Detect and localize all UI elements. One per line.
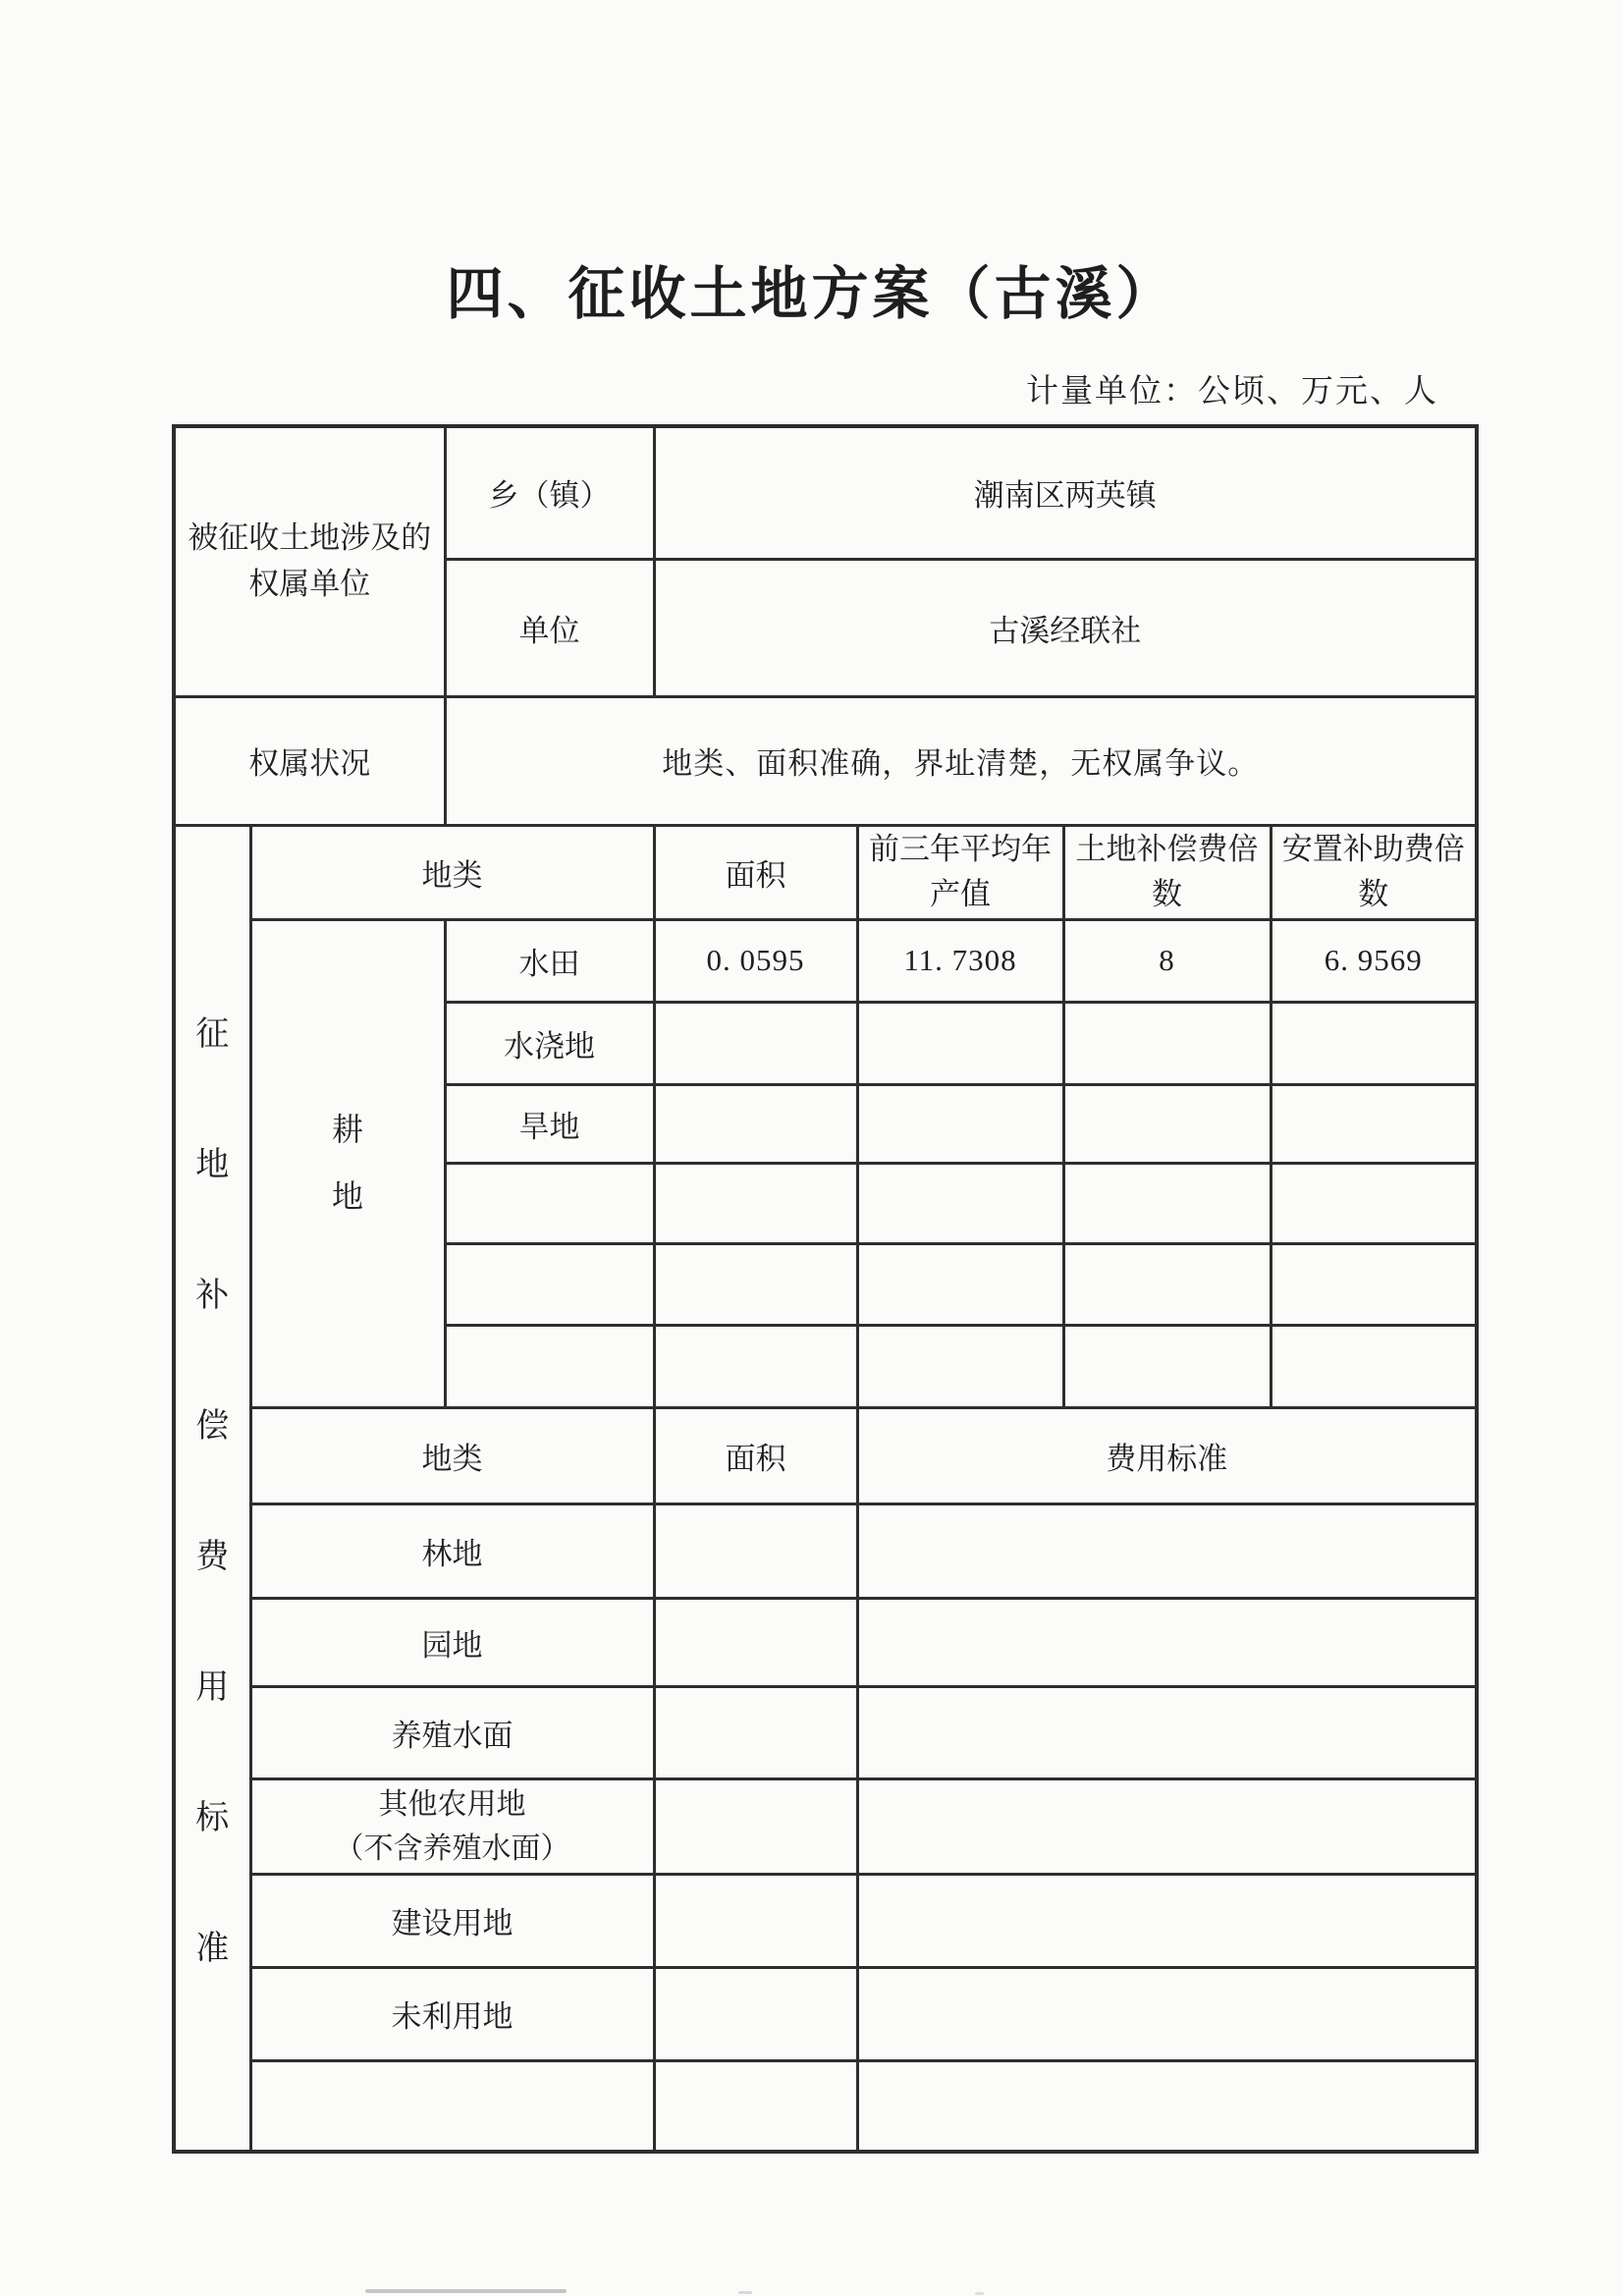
area-cell bbox=[654, 1325, 857, 1407]
other-header-fee-standard-cell: 费用标准 bbox=[857, 1407, 1477, 1503]
fee-standard-cell bbox=[857, 1598, 1477, 1686]
cultivated-header-land-type-cell: 地类 bbox=[250, 825, 654, 919]
land-multiple-cell bbox=[1063, 1163, 1271, 1243]
land-type-cell: 未利用地 bbox=[250, 1967, 654, 2060]
area-cell bbox=[654, 1778, 857, 1874]
resettle-multiple-cell bbox=[1271, 1002, 1477, 1084]
vlabel-char: 标 bbox=[195, 1790, 229, 1838]
area-cell bbox=[654, 1503, 857, 1598]
table-row: 建设用地 bbox=[174, 1874, 1477, 1967]
area-cell bbox=[654, 1967, 857, 2060]
page-title: 四、征收土地方案（古溪） bbox=[0, 247, 1623, 330]
scan-artifact bbox=[975, 2292, 984, 2295]
fee-standard-cell bbox=[857, 2060, 1477, 2152]
table-row: 耕 地 水田 0. 0595 11. 7308 8 6. 9569 bbox=[174, 919, 1477, 1002]
avg-output-cell: 11. 7308 bbox=[857, 919, 1063, 1002]
scan-artifact bbox=[365, 2289, 567, 2293]
resettle-multiple-cell bbox=[1271, 1084, 1477, 1163]
land-type-cell bbox=[445, 1243, 654, 1325]
avg-output-cell bbox=[857, 1243, 1063, 1325]
land-type-cell: 水田 bbox=[445, 919, 654, 1002]
resettle-multiple-cell bbox=[1271, 1163, 1477, 1243]
resettle-multiple-cell bbox=[1271, 1325, 1477, 1407]
measurement-units-note: 计量单位：公顷、万元、人 bbox=[1026, 365, 1438, 411]
avg-output-cell bbox=[857, 1084, 1063, 1163]
fee-standard-cell bbox=[857, 1778, 1477, 1874]
cultivated-header-resettle-multiple-cell: 安置补助费倍 数 bbox=[1271, 825, 1477, 919]
avg-output-cell bbox=[857, 1325, 1063, 1407]
land-type-cell: 建设用地 bbox=[250, 1874, 654, 1967]
vlabel-char: 用 bbox=[195, 1660, 229, 1708]
area-cell bbox=[654, 1243, 857, 1325]
township-value-cell: 潮南区两英镇 bbox=[654, 426, 1477, 559]
land-multiple-cell bbox=[1063, 1084, 1271, 1163]
cultivated-header-area-cell: 面积 bbox=[654, 825, 857, 919]
vlabel-char: 准 bbox=[195, 1921, 229, 1969]
avg-output-cell bbox=[857, 1163, 1063, 1243]
other-header-land-type-cell: 地类 bbox=[250, 1407, 654, 1503]
other-header-area-cell: 面积 bbox=[654, 1407, 857, 1503]
ownership-units-label-cell: 被征收土地涉及的 权属单位 bbox=[174, 426, 445, 696]
table-row: 其他农用地 （不含养殖水面） bbox=[174, 1778, 1477, 1874]
land-multiple-cell bbox=[1063, 1325, 1271, 1407]
township-label-cell: 乡（镇） bbox=[445, 426, 654, 559]
ownership-status-label-cell: 权属状况 bbox=[174, 696, 445, 825]
area-cell bbox=[654, 1163, 857, 1243]
land-type-cell: 水浇地 bbox=[445, 1002, 654, 1084]
vertical-label-text: 征 地 补 偿 费 用 标 准 bbox=[176, 835, 249, 2141]
land-multiple-cell: 8 bbox=[1063, 919, 1271, 1002]
vlabel-char: 费 bbox=[195, 1529, 229, 1577]
cultivated-header-land-multiple-cell: 土地补偿费倍 数 bbox=[1063, 825, 1271, 919]
area-cell bbox=[654, 1686, 857, 1778]
land-multiple-cell bbox=[1063, 1002, 1271, 1084]
area-cell bbox=[654, 1084, 857, 1163]
vlabel-char: 偿 bbox=[195, 1398, 229, 1447]
area-cell bbox=[654, 1874, 857, 1967]
ownership-status-value-cell: 地类、面积准确，界址清楚，无权属争议。 bbox=[445, 696, 1477, 825]
table-row bbox=[174, 2060, 1477, 2152]
cultivated-header-avg-output-cell: 前三年平均年 产值 bbox=[857, 825, 1063, 919]
table-row: 园地 bbox=[174, 1598, 1477, 1686]
scanned-document-page: 四、征收土地方案（古溪） 计量单位：公顷、万元、人 被征收土地涉及的 权属单位 … bbox=[0, 0, 1623, 2296]
land-type-cell bbox=[445, 1163, 654, 1243]
resettle-multiple-cell: 6. 9569 bbox=[1271, 919, 1477, 1002]
compensation-standard-vertical-label-cell: 征 地 补 偿 费 用 标 准 bbox=[174, 825, 250, 2152]
fee-standard-cell bbox=[857, 1874, 1477, 1967]
area-cell bbox=[654, 1598, 857, 1686]
land-type-cell: 其他农用地 （不含养殖水面） bbox=[250, 1778, 654, 1874]
unit-label-cell: 单位 bbox=[445, 559, 654, 696]
resettle-multiple-cell bbox=[1271, 1243, 1477, 1325]
vlabel-char: 地 bbox=[195, 1137, 229, 1185]
area-cell bbox=[654, 2060, 857, 2152]
land-multiple-cell bbox=[1063, 1243, 1271, 1325]
area-cell: 0. 0595 bbox=[654, 919, 857, 1002]
cultivated-land-group-cell: 耕 地 bbox=[250, 919, 445, 1407]
land-type-cell: 养殖水面 bbox=[250, 1686, 654, 1778]
table-row: 林地 bbox=[174, 1503, 1477, 1598]
fee-standard-cell bbox=[857, 1686, 1477, 1778]
fee-standard-cell bbox=[857, 1967, 1477, 2060]
table-row: 未利用地 bbox=[174, 1967, 1477, 2060]
area-cell bbox=[654, 1002, 857, 1084]
scan-artifact bbox=[738, 2291, 752, 2294]
vlabel-char: 征 bbox=[195, 1007, 229, 1055]
land-acquisition-table: 被征收土地涉及的 权属单位 乡（镇） 潮南区两英镇 单位 古溪经联社 权属状况 … bbox=[172, 424, 1479, 2154]
vlabel-char: 补 bbox=[195, 1268, 229, 1316]
land-type-cell: 旱地 bbox=[445, 1084, 654, 1163]
land-type-cell: 园地 bbox=[250, 1598, 654, 1686]
land-type-cell bbox=[250, 2060, 654, 2152]
table-row: 养殖水面 bbox=[174, 1686, 1477, 1778]
land-type-cell: 林地 bbox=[250, 1503, 654, 1598]
unit-value-cell: 古溪经联社 bbox=[654, 559, 1477, 696]
fee-standard-cell bbox=[857, 1503, 1477, 1598]
avg-output-cell bbox=[857, 1002, 1063, 1084]
land-type-cell bbox=[445, 1325, 654, 1407]
